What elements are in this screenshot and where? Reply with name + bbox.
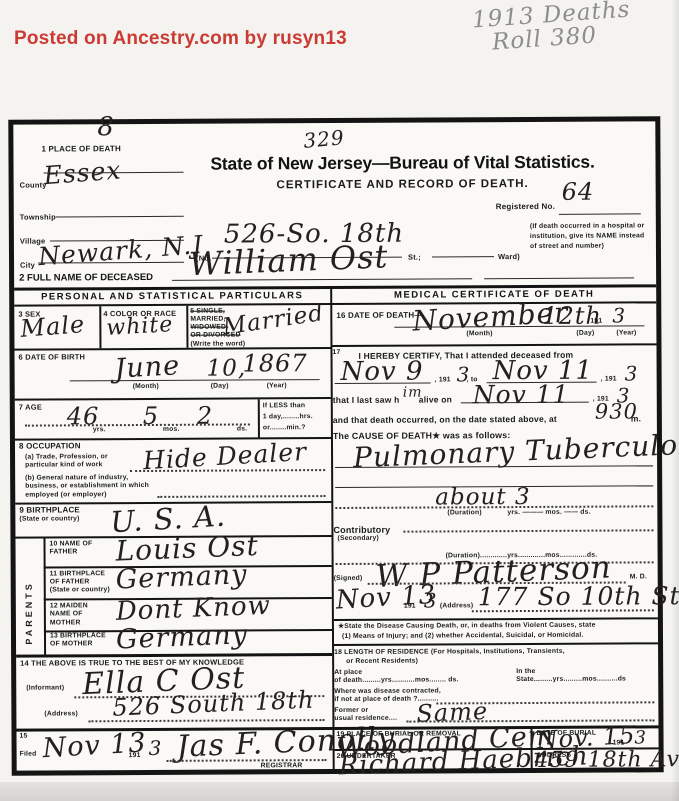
occupation-b-label: (b) General nature of industry, business… bbox=[25, 474, 155, 500]
age-yrs-label: yrs. bbox=[93, 426, 106, 435]
dob-year-value: 1867 bbox=[242, 349, 307, 377]
registrar-label: REGISTRAR bbox=[261, 762, 303, 771]
certificate-body: 8 1 PLACE OF DEATH 329 State of New Jers… bbox=[8, 116, 663, 775]
in-state-label-line2: State.........yrs.........mos..........d… bbox=[516, 675, 626, 684]
filed-year-printed: 191 bbox=[129, 752, 141, 761]
filed-label: Filed bbox=[20, 751, 37, 760]
st-label: St.; bbox=[408, 253, 421, 262]
registered-no-value: 64 bbox=[562, 178, 595, 206]
dod-day-label: (Day) bbox=[576, 330, 594, 339]
death-occurred-label: and that death occurred, on the date sta… bbox=[333, 414, 557, 426]
certificate-title: State of New Jersey—Bureau of Vital Stat… bbox=[163, 151, 641, 175]
marital-label-line5: (Write the word) bbox=[190, 340, 245, 347]
to-year-digit: 3 bbox=[625, 361, 639, 385]
father-birthplace-sub: (State or country) bbox=[50, 586, 110, 595]
physician-address-label: (Address) bbox=[440, 602, 474, 611]
age-mos-label: mos. bbox=[163, 426, 180, 435]
dob-day-label: (Day) bbox=[211, 383, 229, 392]
full-name-value: William Ost bbox=[188, 237, 389, 283]
ward-label: Ward) bbox=[498, 252, 520, 261]
marital-label-line1: 5 SINGLE, bbox=[190, 308, 225, 315]
signed-year-printed: 191 bbox=[404, 603, 416, 612]
residence-label-line1: 18 LENGTH OF RESIDENCE (For Hospitals, I… bbox=[334, 648, 565, 658]
father-birthplace-value: Germany bbox=[115, 559, 248, 595]
father-birthplace-label: 11 BIRTHPLACE OF FATHER bbox=[50, 570, 110, 587]
mother-birthplace-label: 13 BIRTHPLACE OF MOTHER bbox=[50, 632, 110, 649]
scanned-death-certificate: Posted on Ancestry.com by rusyn13 1913 D… bbox=[0, 0, 679, 801]
age-less-line2: 1 day,........hrs. bbox=[263, 413, 313, 420]
dob-day-value: 10, bbox=[207, 355, 247, 381]
burial-year-digit: 3 bbox=[634, 727, 647, 748]
former-residence-label-line2: usual residence.... bbox=[334, 715, 397, 724]
township-label: Township bbox=[20, 212, 56, 222]
parents-label: PARENTS bbox=[24, 553, 36, 645]
stray-mark: 8 bbox=[97, 112, 115, 142]
city-value: Newark, N.J bbox=[37, 230, 204, 271]
secondary-label: (Secondary) bbox=[337, 535, 379, 544]
at-place-label-line2: of death.........yrs...........mos......… bbox=[334, 676, 458, 685]
page-number: 329 bbox=[302, 125, 345, 153]
footnote-line1: ★State the Disease Causing Death, or, in… bbox=[338, 622, 596, 632]
father-name-label: 10 NAME OF FATHER bbox=[49, 540, 99, 557]
birthplace-label: 9 BIRTHPLACE bbox=[19, 505, 80, 515]
last-saw-value: Nov 11 bbox=[473, 380, 570, 410]
age-label: 7 AGE bbox=[19, 403, 42, 412]
former-residence-value: Same bbox=[416, 697, 489, 728]
dod-year-label: (Year) bbox=[616, 329, 636, 338]
footnote-line2: (1) Means of Injury; and (2) whether Acc… bbox=[342, 632, 584, 642]
residence-label-line2: or Recent Residents) bbox=[346, 658, 418, 667]
scan-right-shadow bbox=[671, 0, 679, 801]
age-less-line3: or........min.? bbox=[263, 424, 306, 431]
marital-value: Married bbox=[221, 300, 326, 340]
death-year-digit: 3 bbox=[612, 303, 626, 327]
mother-maiden-label: 12 MAIDEN NAME OF MOTHER bbox=[50, 602, 110, 628]
sex-value: Male bbox=[19, 310, 86, 343]
duration-units: yrs. ——— mos. —— ds. bbox=[507, 509, 590, 518]
city-label: City bbox=[20, 261, 35, 270]
ancestry-watermark: Posted on Ancestry.com by rusyn13 bbox=[14, 28, 347, 50]
birthplace-sub-label: (State or country) bbox=[19, 515, 79, 524]
dod-month-label: (Month) bbox=[466, 330, 492, 339]
mother-birthplace-value: Germany bbox=[115, 619, 248, 655]
dob-month-label: (Month) bbox=[133, 383, 159, 392]
filed-year-digit: 3 bbox=[149, 736, 163, 760]
duration-label: (Duration) bbox=[447, 509, 482, 518]
certify-number: 17 bbox=[332, 349, 340, 358]
to-year-printed: , 191 bbox=[601, 376, 617, 385]
occupation-label: 8 OCCUPATION bbox=[19, 441, 81, 451]
from-year-printed: , 191 bbox=[435, 376, 451, 385]
age-less-line1: If LESS than bbox=[263, 402, 305, 409]
occupation-a-label: (a) Trade, Profession, or particular kin… bbox=[25, 453, 130, 471]
race-value: white bbox=[106, 312, 174, 341]
personal-section-title: PERSONAL AND STATISTICAL PARTICULARS bbox=[14, 290, 330, 303]
signed-date-value: Nov 13 bbox=[335, 580, 437, 616]
informant-address-label: (Address) bbox=[44, 710, 78, 719]
place-of-death-label: 1 PLACE OF DEATH bbox=[41, 144, 121, 154]
dob-label: 6 DATE OF BIRTH bbox=[19, 352, 86, 362]
county-label: County bbox=[20, 181, 47, 191]
physician-address-value: 177 So 10th St. bbox=[478, 581, 679, 611]
date-of-death-label: 16 DATE OF DEATH— bbox=[336, 311, 422, 321]
full-name-label: 2 FULL NAME OF DECEASED bbox=[19, 272, 153, 284]
hospital-note: (If death occurred in a hospital or inst… bbox=[530, 221, 646, 252]
registered-no-label: Registered No. bbox=[496, 202, 555, 212]
alive-on-label: alive on bbox=[419, 394, 452, 405]
filed-number: 15 bbox=[19, 733, 27, 742]
dob-year-label: (Year) bbox=[267, 382, 287, 391]
signed-label: (Signed) bbox=[334, 575, 363, 584]
undertaker-address-value: 459 18th Av. bbox=[535, 747, 679, 773]
age-ds-label: ds. bbox=[237, 425, 247, 434]
last-saw-label: that I last saw h bbox=[333, 395, 400, 406]
scan-edge-shadow bbox=[0, 782, 679, 801]
m-label: m. bbox=[631, 413, 641, 424]
informant-label: (Informant) bbox=[26, 684, 64, 693]
signed-year-digit: 3 bbox=[424, 588, 438, 612]
marital-label-line2: MARRIED, bbox=[190, 316, 225, 323]
